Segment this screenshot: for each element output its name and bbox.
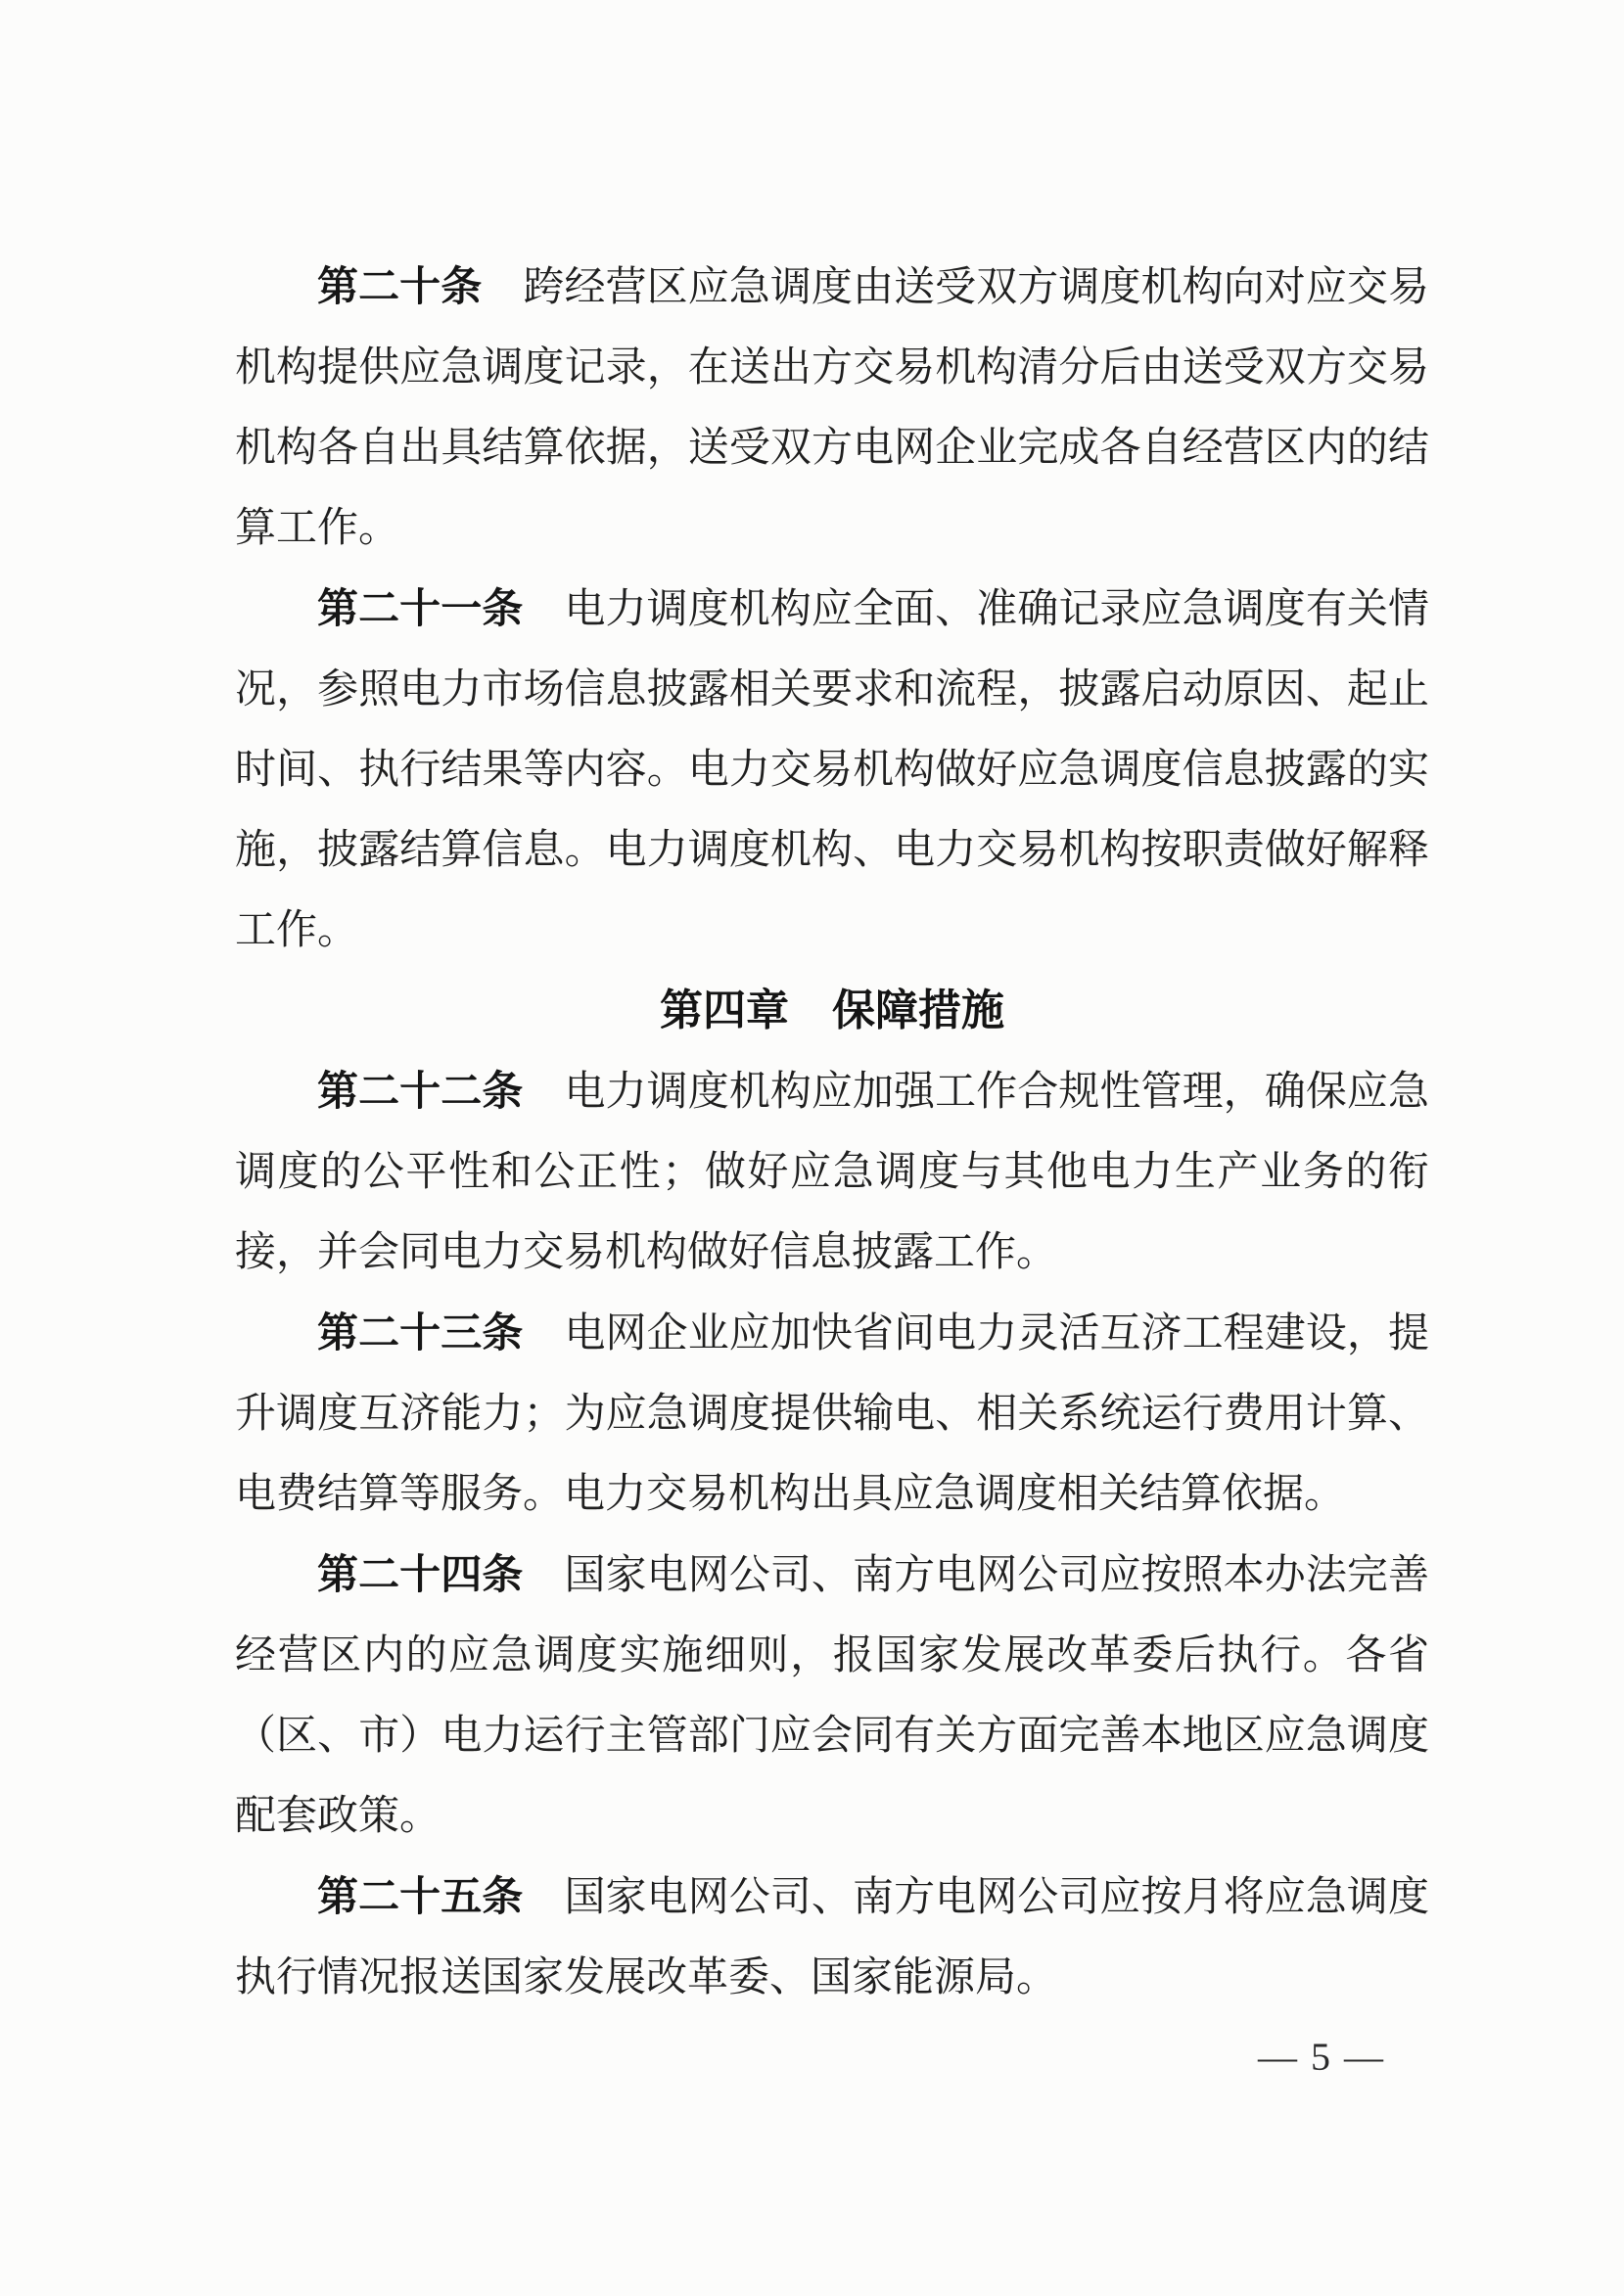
article-paragraph: 第二十条跨经营区应急调度由送受双方调度机构向对应交易机构提供应急调度记录，在送出… xyxy=(235,247,1429,569)
article-paragraph: 第二十四条国家电网公司、南方电网公司应按照本办法完善经营区内的应急调度实施细则，… xyxy=(235,1535,1429,1857)
article-paragraph: 第二十五条国家电网公司、南方电网公司应按月将应急调度执行情况报送国家发展改革委、… xyxy=(235,1857,1429,2018)
article-number-label: 第二十五条 xyxy=(317,1873,523,1919)
article-text: 电力调度机构应全面、准确记录应急调度有关情况，参照电力市场信息披露相关要求和流程… xyxy=(235,587,1429,953)
page-number: — 5 — xyxy=(1258,2034,1385,2081)
article-number-label: 第二十四条 xyxy=(317,1551,523,1597)
article-number-label: 第二十三条 xyxy=(317,1309,523,1355)
article-paragraph: 第二十三条电网企业应加快省间电力灵活互济工程建设，提升调度互济能力；为应急调度提… xyxy=(235,1293,1429,1535)
article-paragraph: 第二十一条电力调度机构应全面、准确记录应急调度有关情况，参照电力市场信息披露相关… xyxy=(235,569,1429,971)
document-page: 第二十条跨经营区应急调度由送受双方调度机构向对应交易机构提供应急调度记录，在送出… xyxy=(0,0,1624,2296)
document-body: 第二十条跨经营区应急调度由送受双方调度机构向对应交易机构提供应急调度记录，在送出… xyxy=(235,247,1429,2018)
article-number-label: 第二十二条 xyxy=(317,1068,523,1114)
chapter-number: 第四章 xyxy=(660,987,789,1034)
article-number-label: 第二十一条 xyxy=(317,585,523,631)
chapter-title: 保障措施 xyxy=(832,987,1004,1034)
article-number-label: 第二十条 xyxy=(317,263,482,309)
article-paragraph: 第二十二条电力调度机构应加强工作合规性管理，确保应急调度的公平性和公正性；做好应… xyxy=(235,1051,1429,1293)
chapter-heading: 第四章保障措施 xyxy=(235,971,1429,1051)
